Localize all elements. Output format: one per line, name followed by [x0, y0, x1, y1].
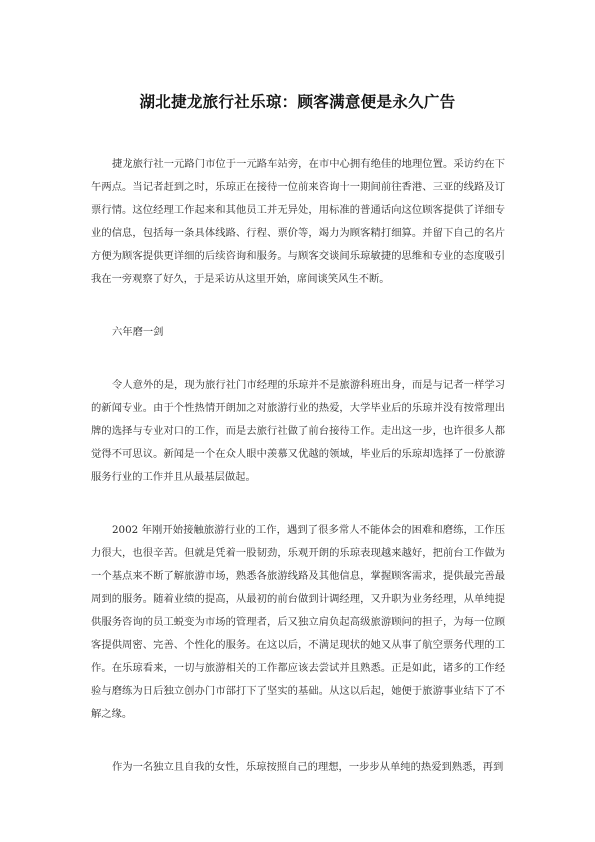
document-body: 捷龙旅行社一元路门市位于一元路车站旁，在市中心拥有绝佳的地理位置。采访约在下午两… [91, 153, 505, 779]
paragraph-career: 2002 年刚开始接触旅游行业的工作，遇到了很多常人不能体会的困难和磨练，工作压… [91, 519, 505, 726]
document-page: 湖北捷龙旅行社乐琼：顾客满意便是永久广告 捷龙旅行社一元路门市位于一元路车站旁，… [0, 0, 595, 842]
document-title: 湖北捷龙旅行社乐琼：顾客满意便是永久广告 [0, 90, 595, 112]
paragraph-ideal: 作为一名独立且自我的女性，乐琼按照自己的理想，一步步从单纯的热爱到熟悉，再到 [91, 756, 505, 779]
section-heading: 六年磨一剑 [91, 321, 505, 344]
paragraph-spacer [91, 291, 505, 321]
paragraph-intro: 捷龙旅行社一元路门市位于一元路车站旁，在市中心拥有绝佳的地理位置。采访约在下午两… [91, 153, 505, 291]
paragraph-background: 令人意外的是，现为旅行社门市经理的乐琼并不是旅游科班出身，而是与记者一样学习的新… [91, 374, 505, 489]
paragraph-spacer [91, 726, 505, 756]
paragraph-spacer [91, 489, 505, 519]
paragraph-spacer [91, 344, 505, 374]
